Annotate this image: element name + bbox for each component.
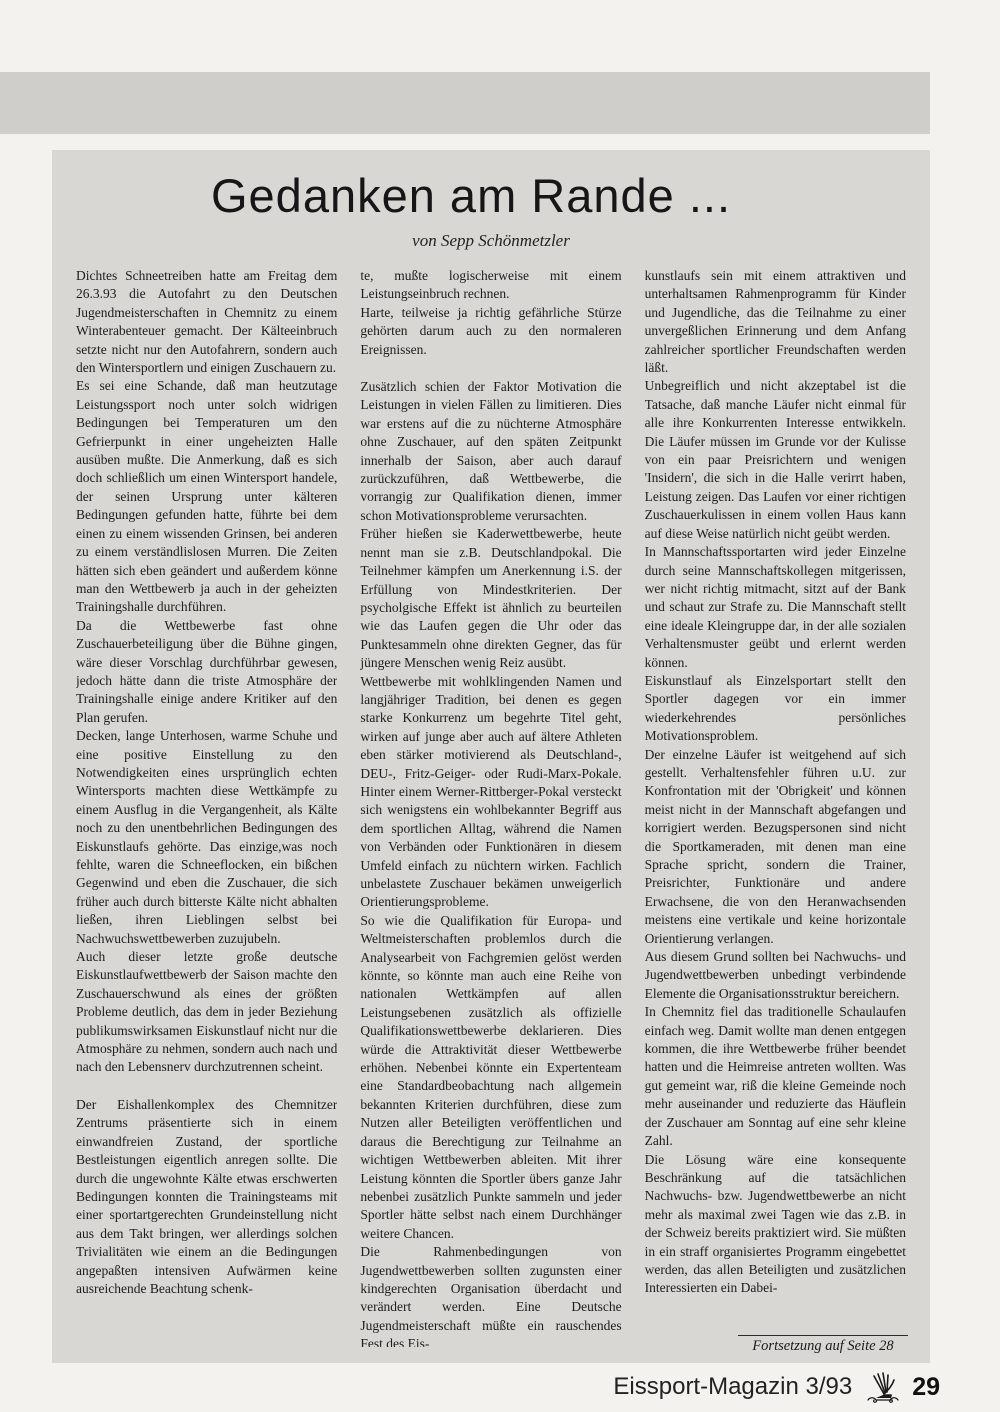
article-paragraph: So wie die Qualifikation für Europa- und…	[360, 912, 621, 1243]
article-paragraph: Es sei eine Schande, daß man heutzutage …	[76, 377, 337, 616]
article-paragraph: Die Lösung wäre eine konsequente Beschrä…	[645, 1151, 906, 1298]
article-paragraph: Aus diesem Grund sollten bei Nachwuchs- …	[645, 948, 906, 1003]
skate-logo-icon	[864, 1370, 900, 1404]
article-paragraph: In Chemnitz fiel das traditionelle Schau…	[645, 1003, 906, 1150]
magazine-name: Eissport-Magazin 3/93	[613, 1373, 852, 1401]
article-paragraph: Die Rahmenbedingungen von Jugendwettbewe…	[360, 1243, 621, 1347]
page-footer: Eissport-Magazin 3/93 29	[52, 1370, 940, 1404]
magazine-page: { "page": { "kicker": "Chemnitz, 25.-28.…	[0, 0, 1000, 1412]
article-paragraph: Harte, teilweise ja richtig gefährliche …	[360, 304, 621, 359]
article-paragraph: Der Eishallenkomplex des Chemnitzer Zent…	[76, 1096, 337, 1298]
byline: von Sepp Schönmetzler	[76, 231, 906, 251]
article-paragraph: Früher hießen sie Kaderwettbewerbe, heut…	[360, 525, 621, 672]
article-panel: Gedanken am Rande ... von Sepp Schönmetz…	[52, 150, 930, 1363]
article-paragraph: Auch dieser letzte große deutsche Eiskun…	[76, 948, 337, 1077]
article-column-2: te, mußte logischerweise mit einem Leist…	[360, 267, 621, 1347]
article-paragraph: Decken, lange Unterhosen, warme Schuhe u…	[76, 727, 337, 948]
article-paragraph: In Mannschaftssportarten wird jeder Einz…	[645, 543, 906, 672]
article-column-3: kunstlaufs sein mit einem attraktiven un…	[645, 267, 906, 1347]
article-paragraph: Dichtes Schneetreiben hatte am Freitag d…	[76, 267, 337, 377]
article-columns: Dichtes Schneetreiben hatte am Freitag d…	[76, 267, 906, 1347]
article-paragraph: Der einzelne Läufer ist weitgehend auf s…	[645, 746, 906, 948]
article-paragraph: Eiskunstlauf als Einzelsportart stellt d…	[645, 672, 906, 746]
page-title: Gedanken am Rande ...	[76, 168, 866, 223]
article-paragraph: Unbegreiflich und nicht akzeptabel ist d…	[645, 377, 906, 543]
article-paragraph: Zusätzlich schien der Faktor Motivation …	[360, 378, 621, 525]
kicker-band: Chemnitz, 25.-28.3.1993	[0, 72, 930, 134]
article-column-1: Dichtes Schneetreiben hatte am Freitag d…	[76, 267, 337, 1347]
continuation-note: Fortsetzung auf Seite 28	[738, 1335, 908, 1355]
article-paragraph: Da die Wettbewerbe fast ohne Zuschauerbe…	[76, 617, 337, 727]
article-paragraph: Wettbewerbe mit wohlklingenden Namen und…	[360, 673, 621, 912]
article-paragraph: kunstlaufs sein mit einem attraktiven un…	[645, 267, 906, 377]
article-paragraph: te, mußte logischerweise mit einem Leist…	[360, 267, 621, 304]
page-number: 29	[912, 1373, 940, 1402]
